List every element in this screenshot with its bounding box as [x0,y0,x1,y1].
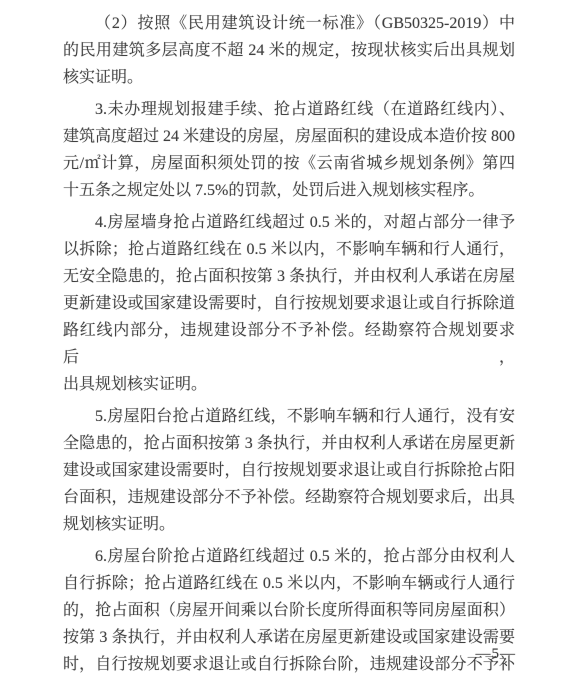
document-body: （2）按照《民用建筑设计统一标准》（GB50325-2019）中 的民用建筑多层… [63,10,515,676]
text-line: 无安全隐患的，抢占面积按第 3 条执行，并由权利人承诺在房屋 [63,263,515,290]
text-line: 3.未办理规划报建手续、抢占道路红线（在道路红线内）、 [63,96,515,123]
text-line: 路红线内部分，违规建设部分不予补偿。经勘察符合规划要求后， [63,317,515,371]
text-line: 规划核实证明。 [63,511,515,538]
text-line: 以拆除；抢占道路红线在 0.5 米以内，不影响车辆和行人通行， [63,236,515,263]
document-page: （2）按照《民用建筑设计统一标准》（GB50325-2019）中 的民用建筑多层… [0,0,578,676]
paragraph-clause-2: （2）按照《民用建筑设计统一标准》（GB50325-2019）中 的民用建筑多层… [63,10,515,91]
text-line: 4.房屋墙身抢占道路红线超过 0.5 米的，对超占部分一律予 [63,209,515,236]
text-line: 建筑高度超过 24 米建设的房屋，房屋面积的建设成本造价按 800 [63,123,515,150]
text-line: 出具规划核实证明。 [63,371,515,398]
text-line: 时，自行按规划要求退让或自行拆除台阶，违规建设部分不予补 [63,651,515,676]
paragraph-item-4: 4.房屋墙身抢占道路红线超过 0.5 米的，对超占部分一律予 以拆除；抢占道路红… [63,209,515,398]
text-line: 全隐患的，抢占面积按第 3 条执行，并由权利人承诺在房屋更新 [63,430,515,457]
text-line: 台面积，违规建设部分不予补偿。经勘察符合规划要求后，出具 [63,484,515,511]
text-line: 的民用建筑多层高度不超 24 米的规定，按现状核实后出具规划 [63,37,515,64]
text-line: 自行拆除；抢占道路红线在 0.5 米以内，不影响车辆或行人通行 [63,570,515,597]
paragraph-item-5: 5.房屋阳台抢占道路红线，不影响车辆和行人通行，没有安 全隐患的，抢占面积按第 … [63,403,515,538]
text-line: 更新建设或国家建设需要时，自行按规划要求退让或自行拆除道 [63,290,515,317]
text-line: 建设或国家建设需要时，自行按规划要求退让或自行拆除抢占阳 [63,457,515,484]
text-line: 核实证明。 [63,64,515,91]
text-line: （2）按照《民用建筑设计统一标准》（GB50325-2019）中 [63,10,515,37]
page-number: —5— [476,646,517,663]
text-line: 6.房屋台阶抢占道路红线超过 0.5 米的，抢占部分由权利人 [63,543,515,570]
text-line: 十五条之规定处以 7.5%的罚款，处罚后进入规划核实程序。 [63,177,515,204]
text-line: 按第 3 条执行，并由权利人承诺在房屋更新建设或国家建设需要 [63,624,515,651]
paragraph-item-6: 6.房屋台阶抢占道路红线超过 0.5 米的，抢占部分由权利人 自行拆除；抢占道路… [63,543,515,676]
text-line: 元/㎡计算，房屋面积须处罚的按《云南省城乡规划条例》第四 [63,150,515,177]
paragraph-item-3: 3.未办理规划报建手续、抢占道路红线（在道路红线内）、 建筑高度超过 24 米建… [63,96,515,204]
text-line: 5.房屋阳台抢占道路红线，不影响车辆和行人通行，没有安 [63,403,515,430]
text-line: 的，抢占面积（房屋开间乘以台阶长度所得面积等同房屋面积） [63,597,515,624]
